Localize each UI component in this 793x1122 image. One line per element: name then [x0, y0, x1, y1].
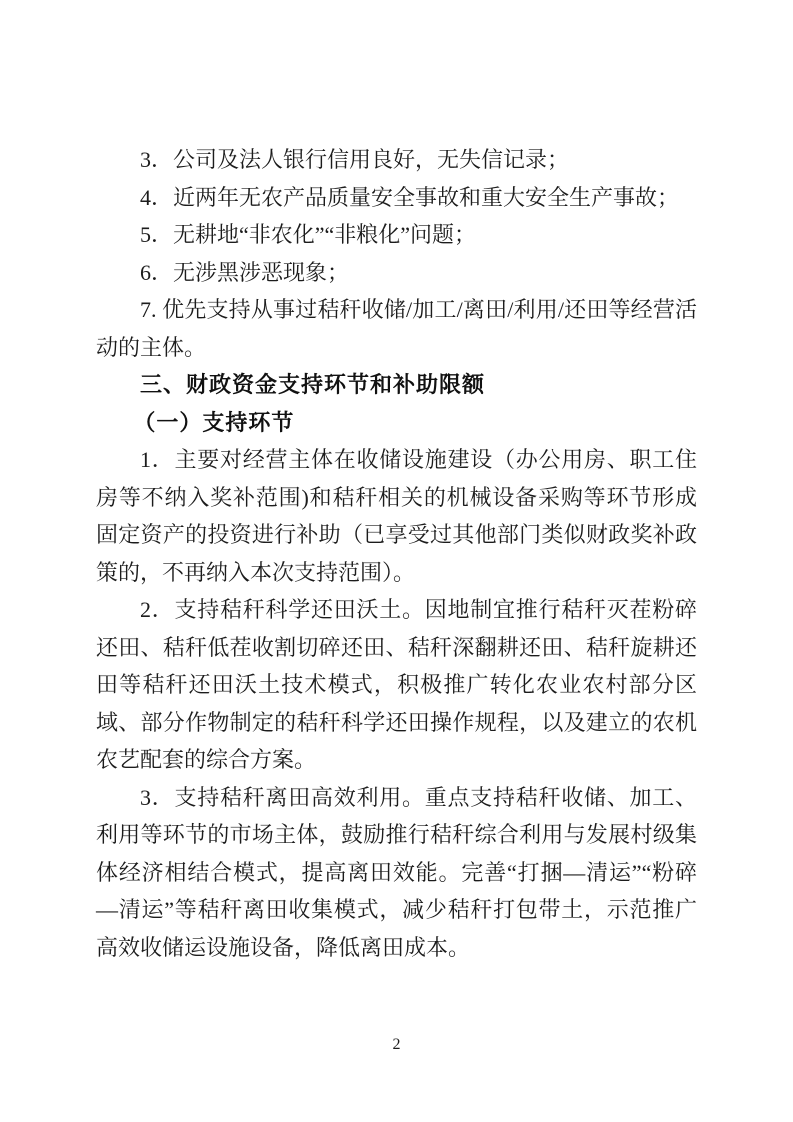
page-number: 2: [0, 1036, 793, 1054]
document-page: 3．公司及法人银行信用良好，无失信记录； 4．近两年无农产品质量安全事故和重大安…: [0, 0, 793, 1122]
document-content: 3．公司及法人银行信用良好，无失信记录； 4．近两年无农产品质量安全事故和重大安…: [96, 141, 697, 966]
paragraph-1: 1．主要对经营主体在收储设施建设（办公用房、职工住房等不纳入奖补范围)和秸秆相关…: [96, 441, 697, 591]
list-item-4: 4．近两年无农产品质量安全事故和重大安全生产事故；: [96, 179, 697, 217]
paragraph-3: 3．支持秸秆离田高效利用。重点支持秸秆收储、加工、利用等环节的市场主体，鼓励推行…: [96, 779, 697, 967]
section-heading: 三、财政资金支持环节和补助限额: [96, 366, 697, 404]
list-item-7: 7. 优先支持从事过秸秆收储/加工/离田/利用/还田等经营活动的主体。: [96, 291, 697, 366]
list-item-5: 5．无耕地“非农化”“非粮化”问题；: [96, 216, 697, 254]
paragraph-2: 2．支持秸秆科学还田沃土。因地制宜推行秸秆灭茬粉碎还田、秸秆低茬收割切碎还田、秸…: [96, 591, 697, 779]
list-item-6: 6．无涉黑涉恶现象；: [96, 254, 697, 292]
subsection-heading: （一）支持环节: [96, 404, 697, 442]
list-item-3: 3．公司及法人银行信用良好，无失信记录；: [96, 141, 697, 179]
